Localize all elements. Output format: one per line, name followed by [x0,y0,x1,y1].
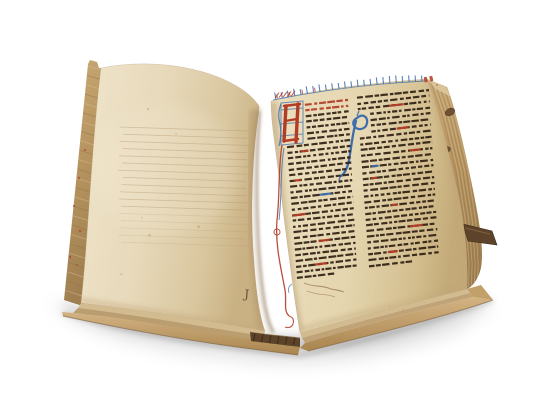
flourish-bottom-hook [285,316,294,328]
left-text-block: J [64,60,265,341]
accent-segment [410,225,423,226]
ornament-red-tick [302,90,303,94]
photo-canvas: J [0,0,555,416]
accent-segment [320,193,332,194]
flourish-bottom-blue-curl [288,284,292,293]
manuscript-photo: J [0,0,555,416]
ornament-red-hatch [283,92,287,97]
foxing-spot [147,108,149,110]
foxing-spot [148,234,151,237]
ornament-tick [383,77,384,84]
accent-segment [301,151,308,152]
foxing-spot [197,225,200,228]
ornament-tick [396,76,397,83]
foxing-spot [311,260,313,262]
foxing-spot [141,217,143,219]
accent-segment [372,166,379,167]
red-speck [84,149,86,151]
ornament-tick [389,76,390,84]
ornament-tick [409,75,410,82]
left-page-highlight [90,105,240,235]
red-speck [76,264,78,266]
foxing-spot [403,309,405,311]
accent-segment [371,178,377,179]
ornament-tick [364,80,365,86]
accent-segment [410,149,421,150]
folio-mark-dot [436,84,438,86]
ornament-tick [376,77,377,84]
ornament-tick [370,79,371,85]
red-speck [73,205,75,207]
accent-segment [397,127,409,129]
ornament-tick [306,86,307,93]
foxing-spot [389,306,391,308]
red-speck [69,256,71,258]
red-speck [78,177,80,179]
accent-segment [294,180,301,181]
accent-segment [319,240,330,241]
foxing-spot [432,241,434,243]
gutter-crease-core [257,112,274,332]
ornament-tick [402,76,403,82]
accent-segment [391,204,398,205]
foxing-spot [120,273,122,275]
accent-segment [315,263,327,265]
foxing-spot [175,133,177,135]
red-speck [79,230,82,233]
ornament-red-tick [315,88,316,92]
accent-segment [388,251,398,252]
